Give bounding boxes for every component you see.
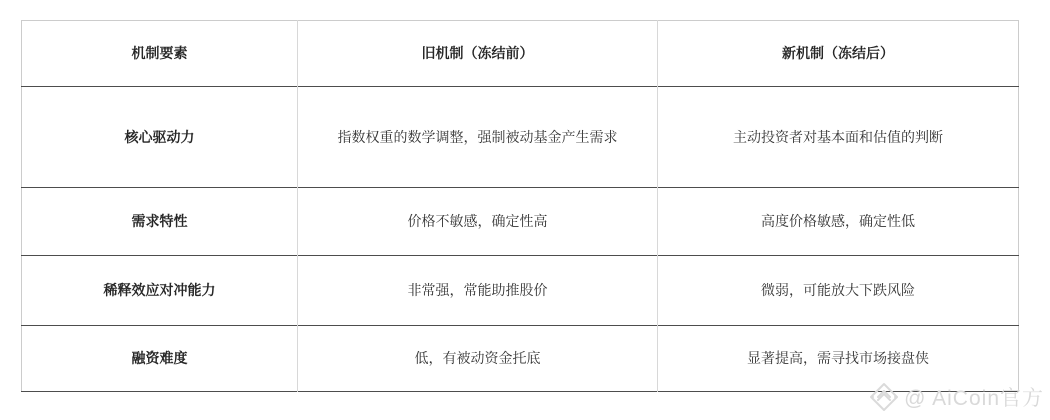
cell-core-driver-old: 指数权重的数学调整，强制被动基金产生需求 — [298, 87, 658, 188]
table-row: 需求特性 价格不敏感，确定性高 高度价格敏感，确定性低 — [22, 188, 1019, 256]
cell-financing-difficulty-old: 低，有被动资金托底 — [298, 326, 658, 392]
cell-core-driver-new: 主动投资者对基本面和估值的判断 — [658, 87, 1019, 188]
row-label-core-driver: 核心驱动力 — [22, 87, 298, 188]
header-cell-new-mechanism: 新机制（冻结后） — [658, 21, 1019, 87]
watermark-text: @ AiCoin官方 — [904, 382, 1044, 412]
cell-dilution-hedge-old: 非常强，常能助推股价 — [298, 256, 658, 326]
header-cell-factor: 机制要素 — [22, 21, 298, 87]
header-cell-old-mechanism: 旧机制（冻结前） — [298, 21, 658, 87]
row-label-demand-trait: 需求特性 — [22, 188, 298, 256]
cell-demand-trait-new: 高度价格敏感，确定性低 — [658, 188, 1019, 256]
table-row: 核心驱动力 指数权重的数学调整，强制被动基金产生需求 主动投资者对基本面和估值的… — [22, 87, 1019, 188]
page: 机制要素 旧机制（冻结前） 新机制（冻结后） 核心驱动力 指数权重的数学调整，强… — [0, 0, 1050, 420]
table-row: 稀释效应对冲能力 非常强，常能助推股价 微弱，可能放大下跌风险 — [22, 256, 1019, 326]
row-label-financing-difficulty: 融资难度 — [22, 326, 298, 392]
cell-dilution-hedge-new: 微弱，可能放大下跌风险 — [658, 256, 1019, 326]
row-label-dilution-hedge: 稀释效应对冲能力 — [22, 256, 298, 326]
watermark: @ AiCoin官方 — [869, 382, 1044, 412]
table-header-row: 机制要素 旧机制（冻结前） 新机制（冻结后） — [22, 21, 1019, 87]
cell-demand-trait-old: 价格不敏感，确定性高 — [298, 188, 658, 256]
aicoin-logo-icon — [869, 382, 899, 412]
mechanism-comparison-table: 机制要素 旧机制（冻结前） 新机制（冻结后） 核心驱动力 指数权重的数学调整，强… — [21, 20, 1019, 392]
